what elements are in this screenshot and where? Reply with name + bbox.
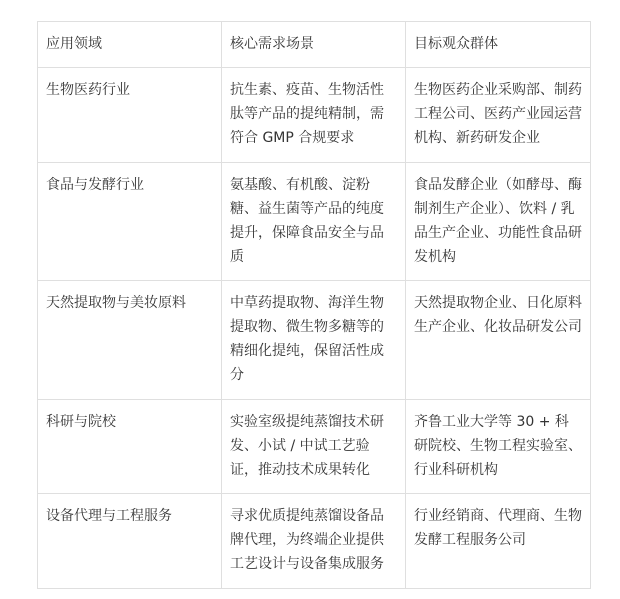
table-row: 食品与发酵行业 氨基酸、有机酸、淀粉糖、益生菌等产品的纯度提升，保障食品安全与品… — [38, 163, 591, 281]
cell-need: 寻求优质提纯蒸馏设备品牌代理，为终端企业提供工艺设计与设备集成服务 — [222, 494, 406, 589]
cell-need: 中草药提取物、海洋生物提取物、微生物多糖等的精细化提纯，保留活性成分 — [222, 281, 406, 400]
cell-need: 实验室级提纯蒸馏技术研发、小试 / 中试工艺验证，推动技术成果转化 — [222, 400, 406, 494]
cell-field: 科研与院校 — [38, 400, 222, 494]
cell-field: 生物医药行业 — [38, 68, 222, 163]
table-row: 科研与院校 实验室级提纯蒸馏技术研发、小试 / 中试工艺验证，推动技术成果转化 … — [38, 400, 591, 494]
header-application-field: 应用领域 — [38, 22, 222, 68]
cell-need: 抗生素、疫苗、生物活性肽等产品的提纯精制，需符合 GMP 合规要求 — [222, 68, 406, 163]
cell-field: 食品与发酵行业 — [38, 163, 222, 281]
cell-field: 设备代理与工程服务 — [38, 494, 222, 589]
application-table: 应用领域 核心需求场景 目标观众群体 生物医药行业 抗生素、疫苗、生物活性肽等产… — [37, 21, 591, 589]
cell-audience: 天然提取物企业、日化原料生产企业、化妆品研发公司 — [406, 281, 591, 400]
table-row: 生物医药行业 抗生素、疫苗、生物活性肽等产品的提纯精制，需符合 GMP 合规要求… — [38, 68, 591, 163]
header-target-audience: 目标观众群体 — [406, 22, 591, 68]
cell-audience: 食品发酵企业（如酵母、酶制剂生产企业）、饮料 / 乳品生产企业、功能性食品研发机… — [406, 163, 591, 281]
cell-audience: 行业经销商、代理商、生物发酵工程服务公司 — [406, 494, 591, 589]
cell-need: 氨基酸、有机酸、淀粉糖、益生菌等产品的纯度提升，保障食品安全与品质 — [222, 163, 406, 281]
cell-audience: 生物医药企业采购部、制药工程公司、医药产业园运营机构、新药研发企业 — [406, 68, 591, 163]
cell-field: 天然提取物与美妆原料 — [38, 281, 222, 400]
table-row: 设备代理与工程服务 寻求优质提纯蒸馏设备品牌代理，为终端企业提供工艺设计与设备集… — [38, 494, 591, 589]
cell-audience: 齐鲁工业大学等 30 + 科研院校、生物工程实验室、行业科研机构 — [406, 400, 591, 494]
table-header-row: 应用领域 核心需求场景 目标观众群体 — [38, 22, 591, 68]
table-row: 天然提取物与美妆原料 中草药提取物、海洋生物提取物、微生物多糖等的精细化提纯，保… — [38, 281, 591, 400]
header-core-need: 核心需求场景 — [222, 22, 406, 68]
